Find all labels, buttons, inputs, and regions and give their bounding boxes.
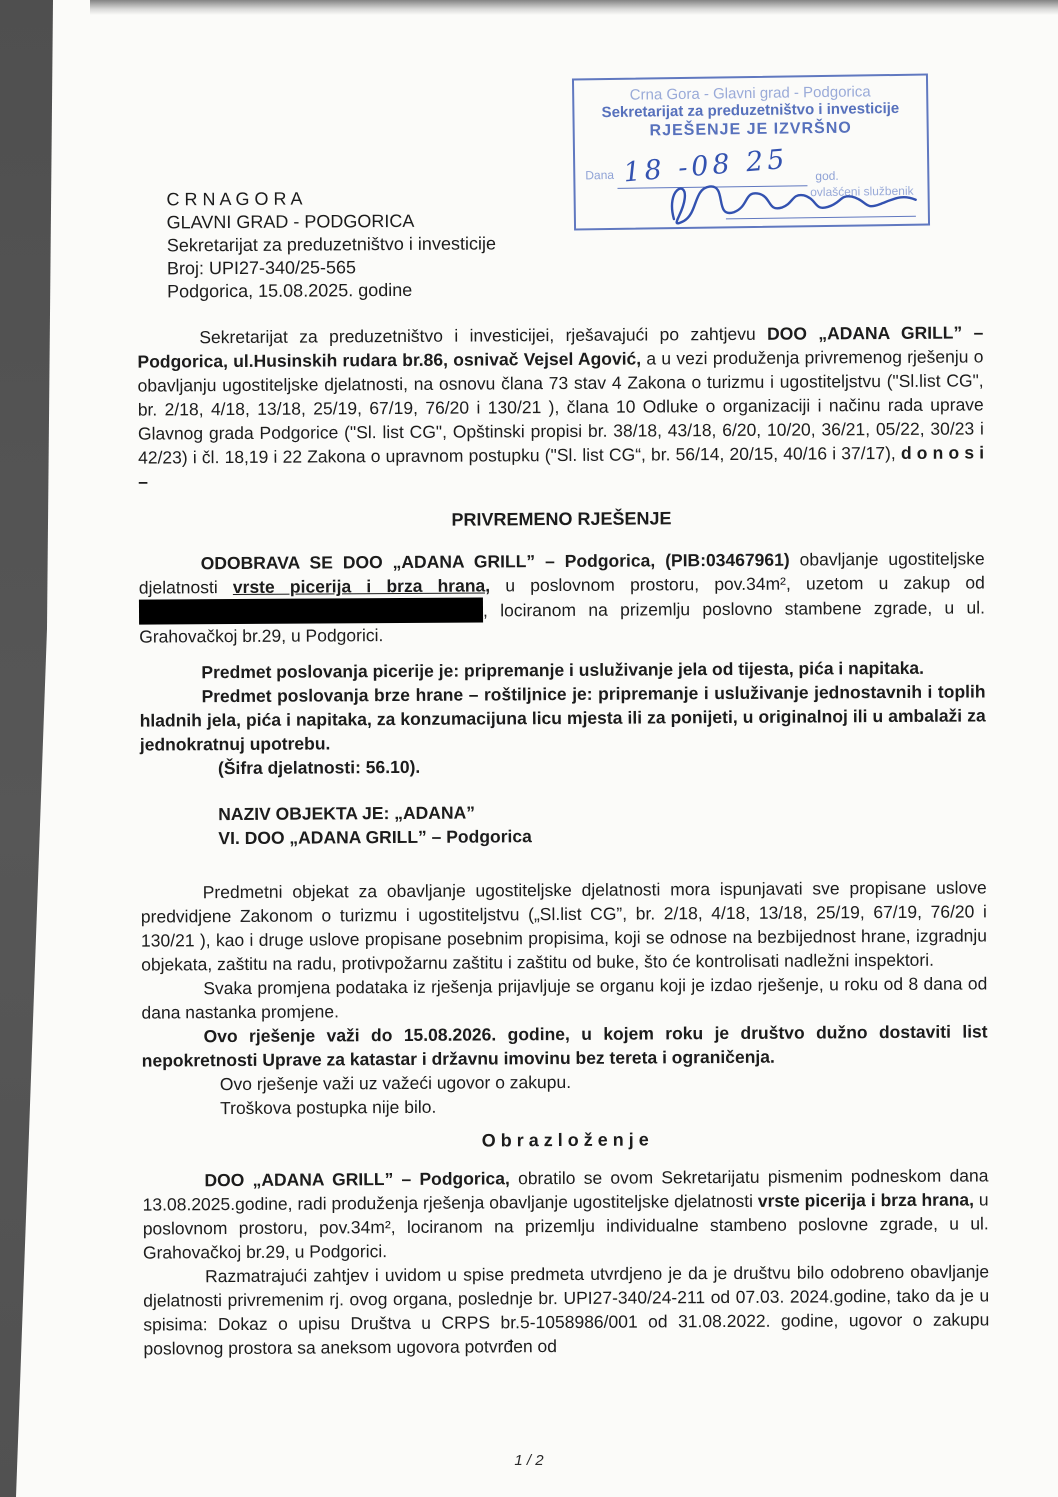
explanation-activity-type: vrste picerija i brza hrana, [758, 1189, 974, 1210]
approval-text-2: u poslovnom prostoru, pov.34m², uzetom u… [490, 572, 985, 595]
approval-company: ODOBRAVA SE DOO „ADANA GRILL” – Podgoric… [201, 550, 790, 574]
stamp-final-decision-line: RJEŠENJE JE IZVRŠNO [575, 119, 927, 142]
explanation-paragraph-1: DOO „ADANA GRILL” – Podgorica, obratilo … [142, 1163, 989, 1264]
scanned-document-page: Crna Gora - Glavni grad - Podgorica Sekr… [0, 0, 1058, 1497]
scan-top-edge-shadow [90, 0, 1058, 15]
letterhead: C R N A G O R A GLAVNI GRAD - PODGORICA … [166, 183, 983, 303]
approval-paragraph: ODOBRAVA SE DOO „ADANA GRILL” – Podgoric… [139, 546, 986, 648]
conditions-paragraph: Predmetni objekat za obavljanje ugostite… [141, 875, 988, 976]
document-body: C R N A G O R A GLAVNI GRAD - PODGORICA … [136, 183, 989, 1360]
owner-line: VI. DOO „ADANA GRILL” – Podgorica [218, 821, 986, 850]
fastfood-scope-paragraph: Predmet poslovanja brze hrane – roštiljn… [139, 679, 985, 756]
intro-text-1: Sekretarijat za preduzetništvo i investi… [199, 324, 767, 347]
activity-code-line: (Šifra djelatnosti: 56.10). [218, 751, 986, 780]
activity-type: vrste picerija i brza hrana, [233, 575, 490, 597]
place-and-date: Podgorica, 15.08.2025. godine [167, 275, 983, 303]
explanation-company: DOO „ADANA GRILL” – Podgorica, [204, 1168, 509, 1190]
validity-paragraph: Ovo rješenje važi do 15.08.2026. godine,… [142, 1019, 988, 1072]
explanation-paragraph-2: Razmatrajući zahtjev i uvidom u spise pr… [143, 1259, 990, 1360]
decision-title: PRIVREMENO RJEŠENJE [138, 504, 984, 533]
explanation-title: O b r a z l o ž e n j e [142, 1125, 988, 1154]
change-notice-paragraph: Svaka promjena podataka iz rješenja prij… [141, 971, 987, 1024]
stamp-date-label: Dana [585, 168, 614, 182]
scan-left-edge-shadow [0, 0, 60, 1497]
costs-line: Troškova postupka nije bilo. [220, 1091, 988, 1120]
stamp-secretariat-line: Sekretarijat za preduzetništvo i investi… [574, 100, 926, 122]
intro-paragraph: Sekretarijat za preduzetništvo i investi… [137, 320, 984, 493]
page-number: 1 / 2 [0, 1452, 1058, 1469]
redaction-box [139, 597, 483, 624]
